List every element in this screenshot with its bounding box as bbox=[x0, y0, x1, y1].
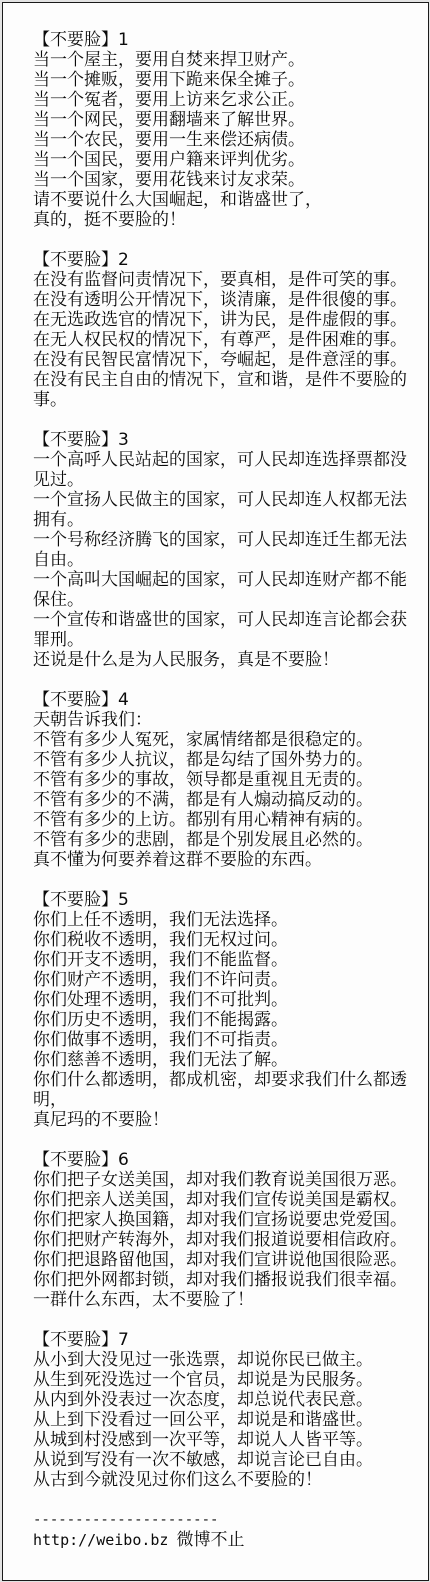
post-content: 【不要脸】1当一个屋主，要用自焚来捍卫财产。当一个摊贩，要用下跪来保全摊子。当一… bbox=[3, 3, 428, 1550]
text-line: 你们历史不透明，我们不能揭露。 bbox=[33, 1010, 422, 1030]
text-line: 一群什么东西，太不要脸了！ bbox=[33, 1290, 422, 1310]
text-line: 不管有多少人冤死，家属情绪都是很稳定的。 bbox=[33, 730, 422, 750]
text-line: 在无选政选官的情况下，讲为民，是件虚假的事。 bbox=[33, 310, 422, 330]
section-1: 【不要脸】1当一个屋主，要用自焚来捍卫财产。当一个摊贩，要用下跪来保全摊子。当一… bbox=[33, 30, 422, 230]
text-line: 你们把外网都封锁，却对我们播报说我们很幸福。 bbox=[33, 1270, 422, 1290]
text-line: 从城到村没感到一次平等，却说人人皆平等。 bbox=[33, 1430, 422, 1450]
text-line: 一个宣扬人民做主的国家，可人民却连人权都无法 bbox=[33, 490, 422, 510]
text-line: 你们上任不透明，我们无法选择。 bbox=[33, 910, 422, 930]
text-line: 从内到外没表过一次态度，却总说代表民意。 bbox=[33, 1390, 422, 1410]
text-line: 一个号称经济腾飞的国家，可人民却连迁生都无法 bbox=[33, 530, 422, 550]
text-line: 见过。 bbox=[33, 470, 422, 490]
text-line: 你们把亲人送美国，却对我们宣传说美国是霸权。 bbox=[33, 1190, 422, 1210]
weibo-url-text: http://weibo.bz bbox=[33, 1531, 168, 1549]
text-line: 当一个农民，要用一生来偿还病债。 bbox=[33, 130, 422, 150]
section-7: 【不要脸】7从小到大没见过一张选票，却说你民已做主。从生到死没选过一个官员，却说… bbox=[33, 1330, 422, 1490]
text-line: 你们开支不透明，我们不能监督。 bbox=[33, 950, 422, 970]
text-line: 从说到写没有一次不敏感，却说言论已自由。 bbox=[33, 1450, 422, 1470]
section-title: 【不要脸】4 bbox=[33, 690, 422, 710]
text-line: 还说是什么是为人民服务，真是不要脸！ bbox=[33, 650, 422, 670]
text-line: 从生到死没选过一个官员，却说是为民服务。 bbox=[33, 1370, 422, 1390]
text-line: 真尼玛的不要脸！ bbox=[33, 1110, 422, 1130]
text-line: 保住。 bbox=[33, 590, 422, 610]
text-line: 不管有多少人抗议，都是勾结了国外势力的。 bbox=[33, 750, 422, 770]
divider-line: ---------------------- bbox=[33, 1510, 422, 1530]
text-line: 你们税收不透明，我们无权过问。 bbox=[33, 930, 422, 950]
text-line: 你们把家人换国籍，却对我们宣扬说要忠党爱国。 bbox=[33, 1210, 422, 1230]
footer-source-line: http://weibo.bz微博不止 bbox=[33, 1530, 422, 1550]
section-title: 【不要脸】5 bbox=[33, 890, 422, 910]
text-line: 自由。 bbox=[33, 550, 422, 570]
text-line: 在没有民主自由的情况下，宣和谐，是件不要脸的 bbox=[33, 370, 422, 390]
text-line: 你们把退路留他国，却对我们宣讲说他国很险恶。 bbox=[33, 1250, 422, 1270]
text-line: 一个高呼人民站起的国家，可人民却连选择票都没 bbox=[33, 450, 422, 470]
text-line: 真不懂为何要养着这群不要脸的东西。 bbox=[33, 850, 422, 870]
text-line: 你们把子女送美国，却对我们教育说美国很万恶。 bbox=[33, 1170, 422, 1190]
section-title: 【不要脸】1 bbox=[33, 30, 422, 50]
section-5: 【不要脸】5你们上任不透明，我们无法选择。你们税收不透明，我们无权过问。你们开支… bbox=[33, 890, 422, 1130]
text-line: 拥有。 bbox=[33, 510, 422, 530]
text-line: 从上到下没看过一回公平，却说是和谐盛世。 bbox=[33, 1410, 422, 1430]
text-line: 一个宣传和谐盛世的国家，可人民却连言论都会获 bbox=[33, 610, 422, 630]
section-title: 【不要脸】6 bbox=[33, 1150, 422, 1170]
section-6: 【不要脸】6你们把子女送美国，却对我们教育说美国很万恶。你们把亲人送美国，却对我… bbox=[33, 1150, 422, 1310]
text-line: 你们处理不透明，我们不可批判。 bbox=[33, 990, 422, 1010]
section-2: 【不要脸】2在没有监督问责情况下，要真相，是件可笑的事。在没有透明公开情况下，谈… bbox=[33, 250, 422, 410]
section-3: 【不要脸】3一个高呼人民站起的国家，可人民却连选择票都没见过。一个宣扬人民做主的… bbox=[33, 430, 422, 670]
text-line: 你们把财产转海外，却对我们报道说要相信政府。 bbox=[33, 1230, 422, 1250]
text-image-paper: 【不要脸】1当一个屋主，要用自焚来捍卫财产。当一个摊贩，要用下跪来保全摊子。当一… bbox=[2, 2, 429, 1581]
text-line: 事。 bbox=[33, 390, 422, 410]
text-line: 在无人权民权的情况下，有尊严，是件困难的事。 bbox=[33, 330, 422, 350]
text-line: 当一个冤者，要用上访来乞求公正。 bbox=[33, 90, 422, 110]
text-line: 当一个网民，要用翻墙来了解世界。 bbox=[33, 110, 422, 130]
text-line: 不管有多少的上访。都别有用心精神有病的。 bbox=[33, 810, 422, 830]
text-line: 明， bbox=[33, 1090, 422, 1110]
text-line: 你们慈善不透明，我们无法了解。 bbox=[33, 1050, 422, 1070]
footer: ---------------------- http://weibo.bz微博… bbox=[33, 1510, 422, 1550]
section-4: 【不要脸】4天朝告诉我们：不管有多少人冤死，家属情绪都是很稳定的。不管有多少人抗… bbox=[33, 690, 422, 870]
text-line: 不管有多少的不满，都是有人煽动搞反动的。 bbox=[33, 790, 422, 810]
text-line: 一个高叫大国崛起的国家，可人民却连财产都不能 bbox=[33, 570, 422, 590]
section-title: 【不要脸】3 bbox=[33, 430, 422, 450]
text-line: 当一个屋主，要用自焚来捍卫财产。 bbox=[33, 50, 422, 70]
text-line: 不管有多少的事故，领导都是重视且无责的。 bbox=[33, 770, 422, 790]
text-line: 罪刑。 bbox=[33, 630, 422, 650]
site-label: 微博不止 bbox=[176, 1530, 244, 1550]
text-line: 当一个摊贩，要用下跪来保全摊子。 bbox=[33, 70, 422, 90]
section-title: 【不要脸】7 bbox=[33, 1330, 422, 1350]
text-line: 从古到今就没见过你们这么不要脸的！ bbox=[33, 1470, 422, 1490]
text-line: 在没有监督问责情况下，要真相，是件可笑的事。 bbox=[33, 270, 422, 290]
text-line: 你们做事不透明，我们不可指责。 bbox=[33, 1030, 422, 1050]
text-line: 请不要说什么大国崛起，和谐盛世了， bbox=[33, 190, 422, 210]
text-line: 真的，挺不要脸的！ bbox=[33, 210, 422, 230]
text-line: 不管有多少的悲剧，都是个别发展且必然的。 bbox=[33, 830, 422, 850]
text-line: 在没有透明公开情况下，谈清廉，是件很傻的事。 bbox=[33, 290, 422, 310]
text-line: 在没有民智民富情况下，夸崛起，是件意淫的事。 bbox=[33, 350, 422, 370]
text-line: 天朝告诉我们： bbox=[33, 710, 422, 730]
text-line: 你们财产不透明，我们不许问责。 bbox=[33, 970, 422, 990]
sections-container: 【不要脸】1当一个屋主，要用自焚来捍卫财产。当一个摊贩，要用下跪来保全摊子。当一… bbox=[33, 30, 422, 1490]
text-line: 你们什么都透明，都成机密，却要求我们什么都透 bbox=[33, 1070, 422, 1090]
text-line: 从小到大没见过一张选票，却说你民已做主。 bbox=[33, 1350, 422, 1370]
text-line: 当一个国民，要用户籍来评判优劣。 bbox=[33, 150, 422, 170]
section-title: 【不要脸】2 bbox=[33, 250, 422, 270]
text-line: 当一个国家，要用花钱来讨友求荣。 bbox=[33, 170, 422, 190]
